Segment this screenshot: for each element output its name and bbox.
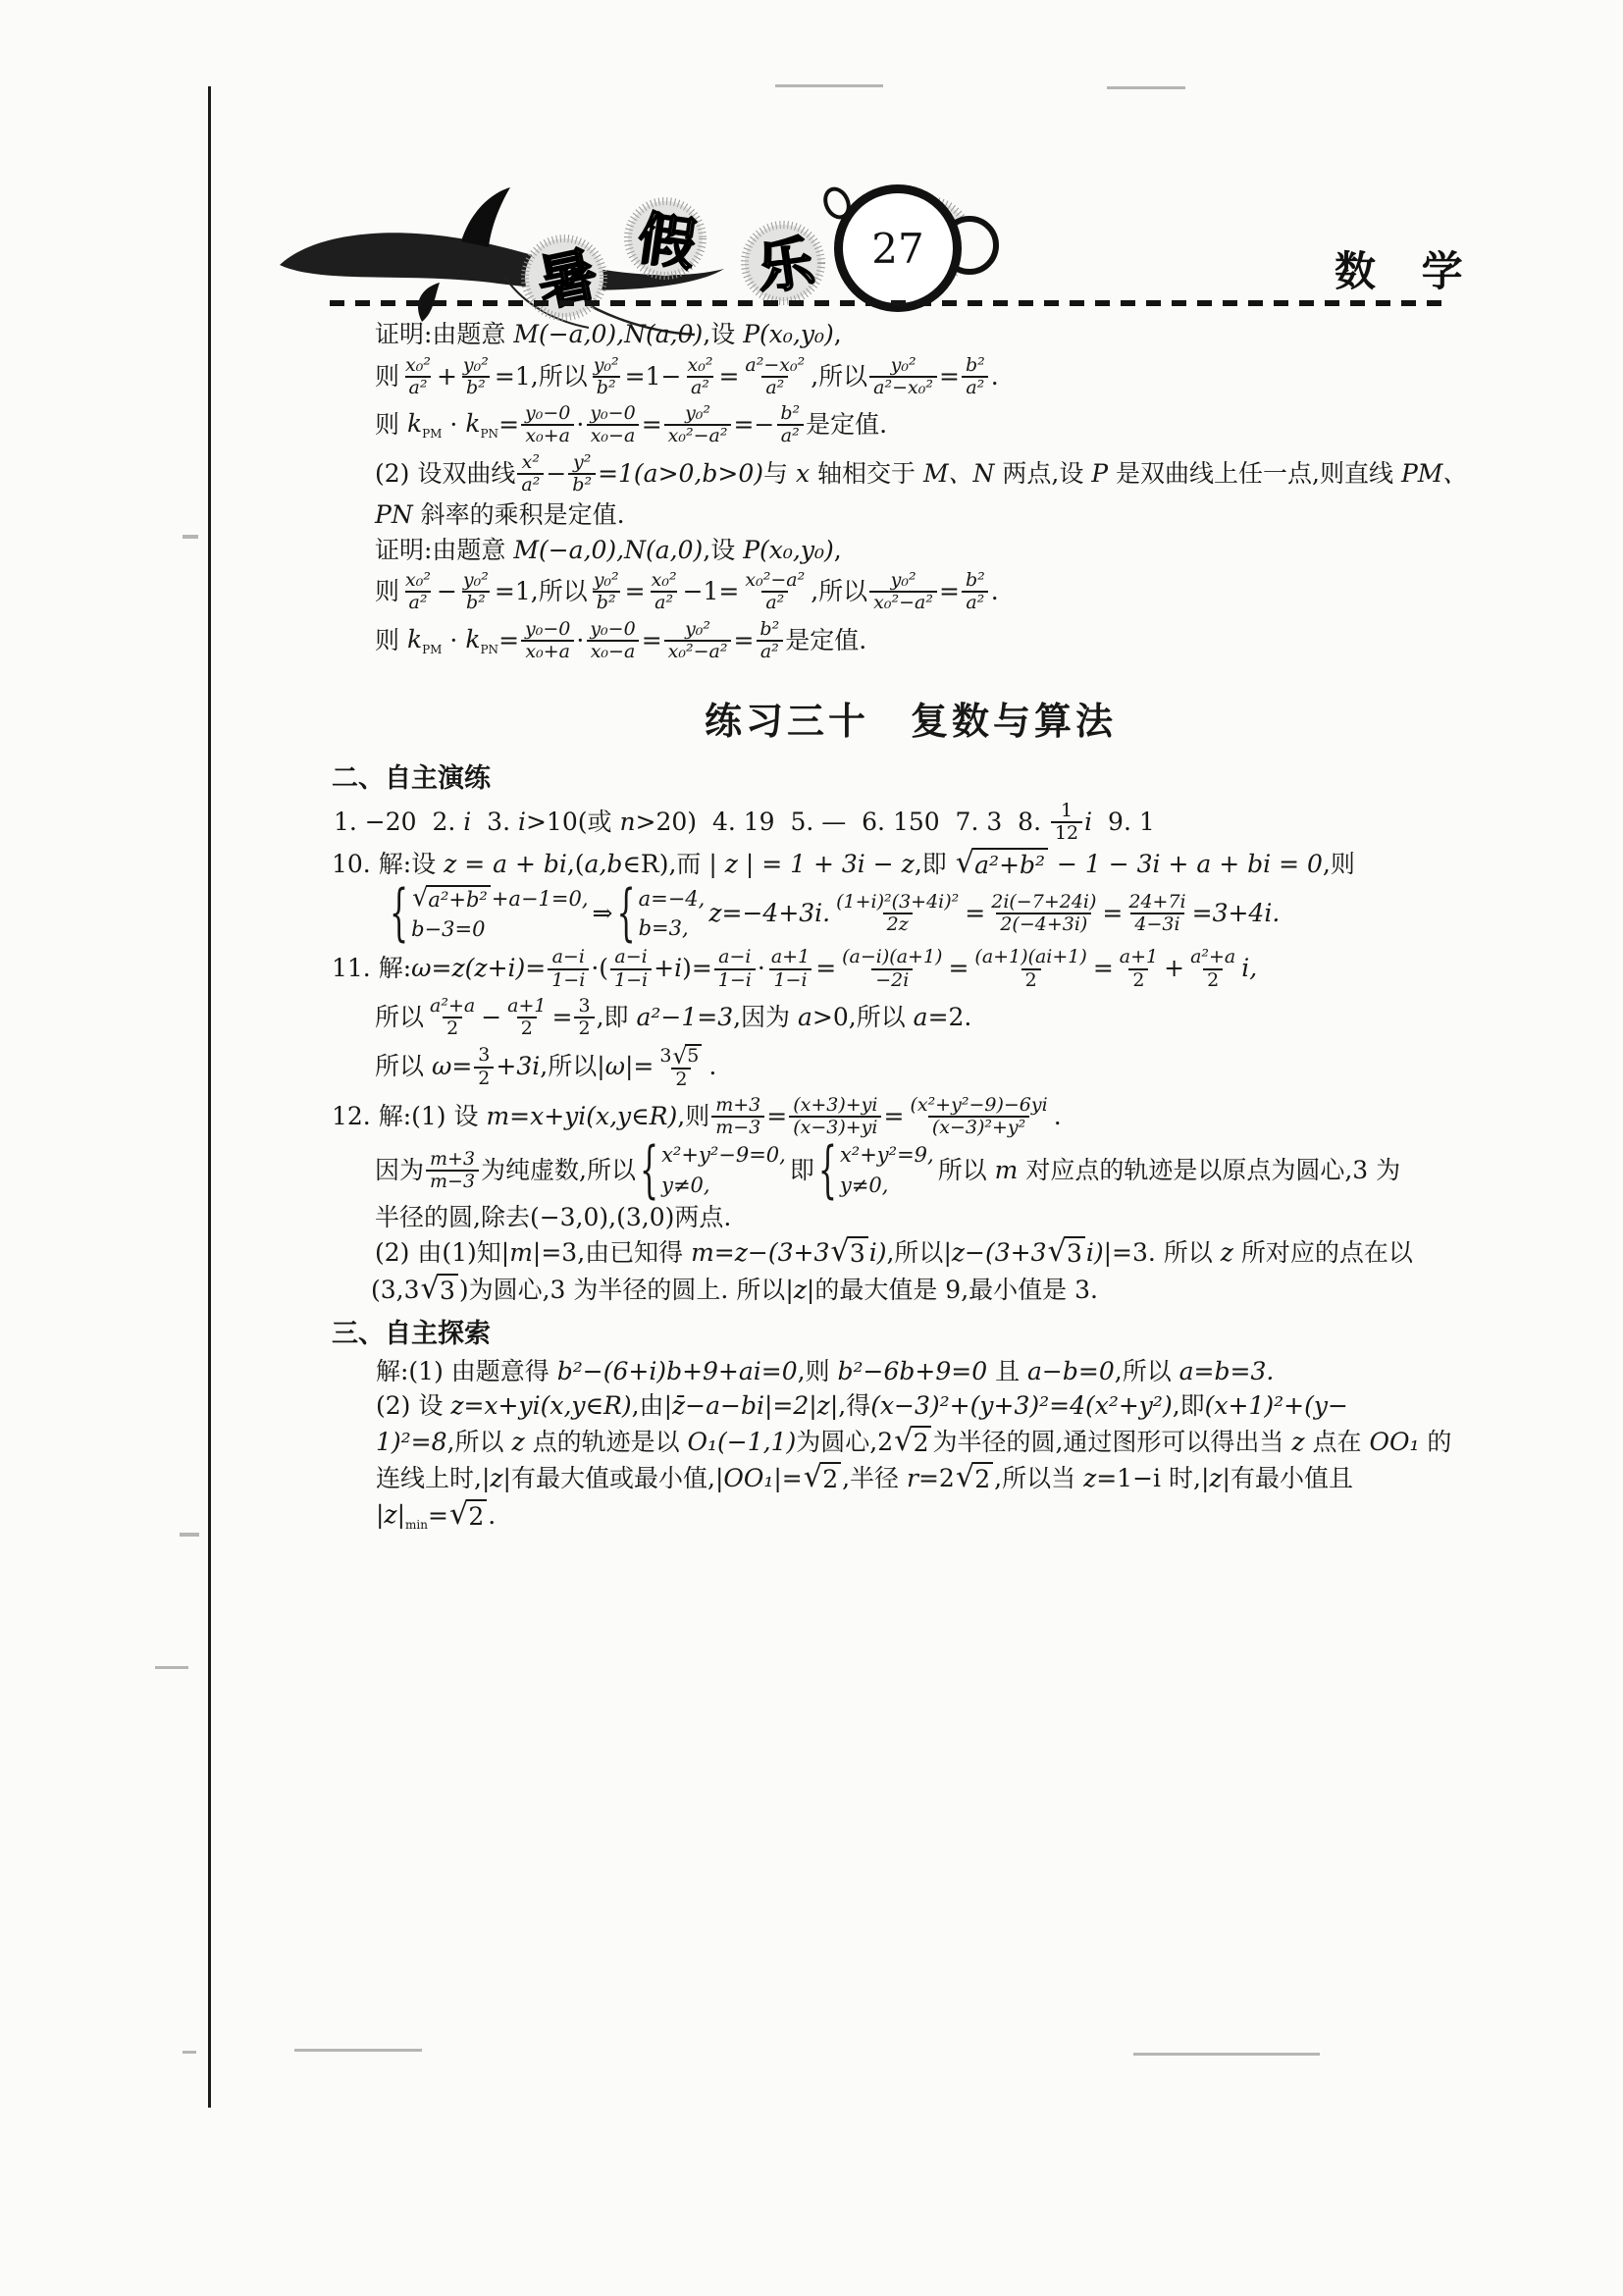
subscript: PN (480, 643, 498, 656)
fraction: a+12 (503, 996, 550, 1040)
text: 半径的圆,除去(−3,0),(3,0)两点. (375, 1202, 731, 1234)
text: >20) 4. 19 5. — 6. 150 7. 3 8. (636, 807, 1049, 839)
math-text: a (798, 1002, 812, 1034)
text: = (428, 1500, 448, 1533)
text: ,所以 (540, 1051, 597, 1083)
math-text: m−3 (715, 1118, 760, 1138)
fraction-denominator: b² (568, 473, 596, 496)
math-text: a² (691, 378, 709, 398)
text: 即 (790, 1155, 814, 1187)
math-text: 1−i (773, 970, 807, 991)
text: = (498, 409, 519, 442)
text: − (546, 458, 566, 491)
math-text: x (796, 458, 810, 491)
fraction: x₀²a² (401, 355, 435, 399)
brace-cases: {x²+y²=9,y≠0, (818, 1142, 934, 1199)
logo-char-le: 乐 (753, 229, 819, 303)
fraction-denominator: 2 (1203, 968, 1223, 991)
text: · (576, 409, 584, 442)
text-line: 因为m+3m−3为纯虚数,所以{x²+y²−9=0,y≠0,即{x²+y²=9,… (332, 1142, 1490, 1199)
text: 证明:由题意 (375, 535, 513, 567)
text: ,所以 (447, 1427, 512, 1459)
text: = (939, 361, 960, 393)
cases-row: √a²+b²+a−1=0, (411, 885, 588, 913)
fraction-numerator: y₀² (887, 570, 920, 591)
text: ,所以 (1115, 1356, 1179, 1388)
fraction: x₀²a² (683, 355, 716, 399)
math-text: a−b=0 (1027, 1356, 1115, 1388)
fraction-denominator: 2 (517, 1017, 537, 1039)
text: 因为 (375, 1155, 424, 1187)
text: 2 (1207, 970, 1219, 991)
math-text: b² (572, 475, 592, 496)
cases-row: x²+y²=9, (840, 1142, 934, 1169)
fraction: a−i1−i (548, 947, 589, 991)
text: = (718, 361, 739, 393)
text: 3 (478, 1045, 490, 1066)
fraction-numerator: a²−x₀² (741, 355, 809, 376)
fraction-denominator: a² (405, 591, 432, 613)
fraction-denominator: a² (761, 376, 788, 398)
text: 两点,设 (994, 458, 1091, 491)
square-root: √3 (421, 1274, 458, 1308)
text-line: |z|min=√2. (332, 1499, 1490, 1534)
text: 9. 1 (1092, 807, 1155, 839)
math-text: P (1091, 458, 1108, 491)
text: + (1164, 953, 1184, 985)
math-text: a² (765, 593, 784, 613)
brace-icon: { (818, 1130, 837, 1211)
square-root: √2 (449, 1499, 487, 1534)
text: 所对应的点在以 (1233, 1237, 1413, 1270)
math-text: a−i (718, 947, 751, 967)
subscript: PM (422, 427, 442, 441)
text: =3. 所以 (1112, 1237, 1221, 1270)
text: (2) 设 (376, 1390, 450, 1423)
fraction-numerator: 3 (574, 996, 594, 1017)
text: 2 (1025, 970, 1037, 991)
fraction-denominator: b² (593, 591, 620, 613)
math-text: y₀−0 (525, 619, 570, 640)
fraction: a²+a2 (426, 996, 479, 1040)
math-text: +i (654, 953, 682, 985)
fraction: a−i1−i (714, 947, 756, 991)
text: − (437, 576, 457, 608)
radical-sign: √ (956, 849, 974, 879)
fraction-denominator: a² (405, 376, 432, 398)
math-text: m=z−(3+3 (691, 1237, 829, 1270)
math-text: |z| (785, 1275, 814, 1307)
math-text: ω= (432, 1051, 472, 1083)
text: 的最大值是 9,最小值是 3. (814, 1275, 1098, 1307)
fraction-denominator: a² (962, 591, 988, 613)
page-edge-line (208, 86, 211, 2108)
radicand: a²+b² (972, 848, 1048, 882)
math-text: i) (869, 1237, 887, 1270)
fraction: (a+1)(ai+1)2 (970, 947, 1090, 991)
fraction: (1+i)²(3+4i)²2z (832, 892, 963, 936)
math-text: x₀+a (525, 426, 570, 446)
text-line: 则x₀²a²+y₀²b²=1,所以y₀²b²=1−x₀²a²=a²−x₀²a²,… (332, 354, 1490, 400)
text: 有最小值且 (1230, 1463, 1353, 1495)
fraction-denominator: −2i (871, 968, 913, 991)
text: ,因为 (733, 1002, 798, 1034)
math-text: y₀² (463, 355, 489, 376)
fraction-denominator: x₀−a (587, 424, 640, 446)
radical-sign: √ (672, 1045, 687, 1068)
fraction: y₀²x₀²−a² (869, 570, 937, 614)
math-text: |z̄−a−bi|=2|z| (664, 1390, 839, 1423)
math-text: y₀² (891, 355, 916, 376)
text: 3 (850, 1238, 865, 1271)
text: 2 (1132, 970, 1144, 991)
brace-cases: {√a²+b²+a−1=0,b−3=0 (390, 885, 589, 944)
text: 则 (375, 361, 399, 393)
subscripted-symbol: kPM (407, 624, 443, 658)
math-text: y₀² (463, 570, 489, 591)
text: . (991, 576, 999, 608)
text: ∈R),而 (622, 849, 708, 881)
text: ,即 (1173, 1390, 1205, 1423)
math-text: M(−a,0),N(a,0) (513, 535, 703, 567)
text-line: 连线上时,|z|有最大值或最小值,|OO₁|=√2,半径 r=2√2,所以当 z… (332, 1462, 1490, 1496)
math-text: z = a + bi (444, 849, 567, 881)
text: 2 (478, 1069, 490, 1089)
scan-artifact (183, 2051, 196, 2054)
text: · (442, 409, 465, 442)
math-text: |m| (501, 1237, 542, 1270)
math-text: z=x+yi(x,y∈R) (450, 1390, 631, 1423)
page-number-badge: 27 (834, 184, 962, 312)
math-text: m+3 (430, 1149, 475, 1170)
math-text: − 1 − 3i + a + bi = 0 (1049, 849, 1323, 881)
math-text: PN (375, 499, 413, 532)
radicand: 2 (820, 1462, 841, 1496)
text: = (965, 898, 985, 930)
fraction-numerator: y₀² (681, 619, 714, 640)
math-text: 2i(−7+24i) (991, 892, 1096, 913)
math-text: a²−x₀² (745, 355, 805, 376)
fraction: 112 (1051, 801, 1082, 845)
text: = (625, 576, 646, 608)
text: =1,所以 (495, 576, 588, 608)
fraction-numerator: 1 (1057, 801, 1076, 821)
radicand: 3 (848, 1236, 868, 1271)
text: 连线上时, (376, 1463, 482, 1495)
math-text: b² (966, 570, 985, 591)
math-text: =3+4i. (1192, 898, 1281, 930)
page-number: 27 (871, 225, 923, 273)
brace-icon: { (617, 874, 636, 955)
math-text: m=x+yi(x,y∈R) (486, 1101, 677, 1133)
text: = (766, 1101, 787, 1133)
fraction: (x²+y²−9)−6yi(x−3)²+y² (906, 1095, 1051, 1139)
fraction: (a−i)(a+1)−2i (838, 947, 946, 991)
math-text: z (1291, 1427, 1304, 1459)
radicand: 3 (1065, 1236, 1085, 1271)
cases-row: b−3=0 (411, 916, 588, 943)
text: 1 (1061, 801, 1073, 821)
brace-icon: { (390, 874, 408, 955)
fraction: m+3m−3 (711, 1095, 764, 1139)
text: >0,所以 (812, 1002, 914, 1034)
math-text: y₀² (594, 355, 619, 376)
text: = (815, 953, 836, 985)
math-text: m+3 (715, 1095, 760, 1116)
text: =2. (928, 1002, 972, 1034)
fraction-numerator: y₀² (590, 355, 623, 376)
text: ,设 (703, 319, 743, 351)
math-text: a (914, 1002, 928, 1034)
text: + (437, 361, 457, 393)
math-text: i)| (1086, 1237, 1112, 1270)
math-text: x₀−a (591, 426, 636, 446)
math-text: ω=z(z+i)= (411, 953, 546, 985)
math-text: a²+a (1190, 947, 1235, 967)
text-line: 半径的圆,除去(−3,0),(3,0)两点. (332, 1202, 1490, 1234)
fraction-numerator: (a−i)(a+1) (838, 947, 946, 967)
math-text: a² (781, 426, 800, 446)
text: =3,由已知得 (541, 1237, 691, 1270)
text: 2 (446, 1018, 458, 1039)
text: 的 (1419, 1427, 1451, 1459)
fraction-numerator: 24+7i (1125, 892, 1189, 913)
fraction-denominator: x₀²−a² (664, 640, 732, 662)
math-text: PM、 (1401, 458, 1467, 491)
text: , (834, 535, 842, 567)
math-text: i (463, 807, 471, 839)
fraction-denominator: a² (517, 473, 544, 496)
text: =2 (918, 1463, 955, 1495)
math-text: i (518, 807, 526, 839)
fraction: x²a² (517, 452, 544, 496)
text: 所以 (938, 1155, 995, 1187)
square-root: √3 (830, 1236, 867, 1271)
scan-artifact (155, 1666, 188, 1669)
fraction-numerator: a+1 (767, 947, 813, 967)
math-text: b² (966, 355, 985, 376)
math-text: y₀−0 (590, 619, 635, 640)
math-text: x₀²−a² (873, 593, 933, 613)
math-text: y₀² (891, 570, 916, 591)
fraction-numerator: b² (776, 403, 804, 424)
fraction: b²a² (962, 570, 989, 614)
text: 则 (375, 625, 407, 657)
fraction-numerator: 2i(−7+24i) (987, 892, 1100, 913)
text: 有最大值或最小值, (511, 1463, 715, 1495)
radical-sign: √ (956, 1463, 974, 1493)
text: −1= (683, 576, 740, 608)
text: 12. 解:(1) 设 (332, 1101, 486, 1133)
scan-artifact (775, 84, 883, 87)
fraction: a+11−i (767, 947, 813, 991)
text: = (692, 953, 712, 985)
fraction: 3√52 (655, 1044, 707, 1090)
fraction: y₀−0x₀+a (521, 619, 574, 663)
math-text: y₀−0 (525, 403, 570, 424)
math-text: (a+1)(ai+1) (974, 947, 1086, 967)
math-text: +3i (496, 1051, 540, 1083)
text-line: 证明:由题意 M(−a,0),N(a,0),设 P(x₀,y₀), (332, 319, 1490, 351)
text: (2) 由(1)知 (375, 1237, 501, 1270)
math-text: z (1083, 1463, 1096, 1495)
cases-rows: √a²+b²+a−1=0,b−3=0 (411, 885, 588, 944)
text: 解:(1) 由题意得 (376, 1356, 557, 1388)
text: = (642, 409, 662, 442)
fraction: x₀²a² (648, 570, 681, 614)
text: ,由 (632, 1390, 664, 1423)
math-text: 1)²=8 (376, 1427, 447, 1459)
section-heading: 二、自主演练 (332, 761, 1490, 796)
math-text: a²+b² (428, 887, 487, 913)
fraction-numerator: a²+a (1186, 947, 1239, 967)
fraction-numerator: a+1 (1116, 947, 1162, 967)
document-content: 证明:由题意 M(−a,0),N(a,0),设 P(x₀,y₀),则x₀²a²+… (332, 316, 1490, 1536)
text-line: 证明:由题意 M(−a,0),N(a,0),设 P(x₀,y₀), (332, 535, 1490, 567)
fraction: y₀²x₀²−a² (664, 403, 732, 447)
math-text: b²−(6+i)b+9+ai=0 (557, 1356, 798, 1388)
fraction-denominator: 2 (1128, 968, 1148, 991)
text-line: 所以 ω=32+3i,所以|ω|=3√52. (332, 1043, 1490, 1091)
math-text: |OO₁|= (715, 1463, 803, 1495)
text: >10(或 (526, 807, 619, 839)
cases-rows: x²+y²=9,y≠0, (840, 1142, 934, 1199)
text: ,即 (915, 849, 955, 881)
text-line: 解:(1) 由题意得 b²−(6+i)b+9+ai=0,则 b²−6b+9=0 … (332, 1356, 1490, 1388)
cases-rows: a=−4,b=3, (639, 886, 706, 943)
math-text: M(−a,0),N(a,0) (513, 319, 703, 351)
fraction-numerator: y₀−0 (521, 619, 574, 640)
math-text: b² (597, 378, 616, 398)
fraction: 2i(−7+24i)2(−4+3i) (987, 892, 1100, 936)
text: =− (733, 409, 774, 442)
cases-row: y≠0, (661, 1173, 786, 1199)
text: · (576, 625, 584, 657)
fraction-numerator: y₀² (459, 570, 493, 591)
brace-cases: {a=−4,b=3, (617, 886, 706, 943)
text: 所以 (375, 1002, 424, 1034)
math-text: a−i (552, 947, 585, 967)
radicand: 2 (972, 1462, 993, 1496)
radicand: 3 (438, 1274, 458, 1308)
fraction-denominator: a² (757, 640, 783, 662)
fraction: y₀−0x₀−a (586, 619, 639, 663)
scan-artifact (1133, 2053, 1320, 2056)
brace-cases: {x²+y²−9=0,y≠0, (640, 1142, 786, 1199)
radical-sign: √ (421, 1275, 440, 1305)
math-text: a²+b² (974, 850, 1045, 882)
subscript: PN (480, 427, 498, 441)
fraction-denominator: a² (687, 376, 713, 398)
math-text: a=−4, (639, 886, 706, 913)
text: = (883, 1101, 904, 1133)
math-text: a²−1=3 (636, 1002, 733, 1034)
dashed-divider (330, 300, 1448, 306)
math-text: OO₁ (1369, 1427, 1419, 1459)
text-line: 10. 解:设 z = a + bi,(a,b∈R),而 | z | = 1 +… (332, 848, 1490, 882)
math-text: a²−x₀² (873, 378, 933, 398)
fraction-numerator: x₀² (648, 570, 681, 591)
text: (3,3 (371, 1275, 420, 1307)
fraction-denominator: 4−3i (1130, 913, 1183, 935)
fraction-denominator: a² (962, 376, 988, 398)
math-text: b² (597, 593, 616, 613)
math-text: x² (522, 452, 540, 473)
square-root: √2 (894, 1426, 931, 1460)
text: 2 (974, 1464, 990, 1496)
cases-row: b=3, (639, 915, 706, 942)
text: 2 (822, 1464, 838, 1496)
text: 轴相交于 (810, 458, 923, 491)
fraction-numerator: b² (962, 355, 989, 376)
math-text: x₀² (405, 570, 431, 591)
radicand: 2 (912, 1426, 932, 1460)
section-heading: 三、自主探索 (332, 1317, 1490, 1351)
logo-brush-comma (461, 187, 510, 247)
fraction-denominator: b² (462, 591, 490, 613)
text-line: 则 kPM · kPN=y₀−0x₀+a·y₀−0x₀−a=y₀²x₀²−a²=… (332, 618, 1490, 664)
text: ,( (567, 849, 585, 881)
subscripted-symbol: kPN (465, 624, 498, 658)
text-line: (2) 由(1)知|m|=3,由已知得 m=z−(3+3√3i),所以|z−(3… (332, 1236, 1490, 1271)
square-root: √2 (956, 1462, 993, 1496)
math-text: x₀²−a² (745, 570, 805, 591)
fraction-denominator: b² (593, 376, 620, 398)
fraction-numerator: x₀² (401, 355, 435, 376)
math-text: x²+y²−9=0, (661, 1142, 786, 1169)
math-text: (x−3)²+y² (932, 1118, 1025, 1138)
text: )为圆心,3 为半径的圆上. 所以 (459, 1275, 785, 1307)
text: (2) 设双曲线 (375, 458, 515, 491)
text-line: (2) 设双曲线x²a²−y²b²=1(a>0,b>0)与 x 轴相交于 M、N… (332, 451, 1490, 497)
fraction-denominator: x₀²−a² (869, 591, 937, 613)
text: ,所以 (811, 361, 867, 393)
square-root: √5 (672, 1044, 702, 1067)
scan-artifact (180, 1533, 199, 1537)
text: 则 (375, 576, 399, 608)
text: . (991, 361, 999, 393)
text: = (1093, 953, 1114, 985)
math-text: z (1221, 1237, 1233, 1270)
fraction: a²−x₀²a² (741, 355, 809, 399)
fraction-numerator: (a+1)(ai+1) (970, 947, 1090, 967)
fraction-numerator: a−i (714, 947, 755, 967)
subscripted-symbol: kPN (465, 408, 498, 443)
text: 2 (914, 1428, 929, 1460)
fraction: y₀²b² (459, 355, 493, 399)
fraction-denominator: a² (651, 591, 677, 613)
scan-artifact (1107, 86, 1185, 89)
cases-rows: x²+y²−9=0,y≠0, (661, 1142, 786, 1199)
fraction-numerator: 3 (474, 1045, 494, 1066)
text: = (552, 1002, 573, 1034)
math-text: m (995, 1155, 1019, 1187)
fraction: 32 (474, 1045, 494, 1089)
fraction-numerator: (1+i)²(3+4i)² (832, 892, 963, 913)
text: ,半径 (842, 1463, 907, 1495)
fraction: y₀²b² (459, 570, 493, 614)
text: 10. 解:设 (332, 849, 444, 881)
math-text: P(x₀,y₀) (743, 535, 834, 567)
text-line: (3,3√3)为圆心,3 为半径的圆上. 所以|z|的最大值是 9,最小值是 3… (332, 1274, 1490, 1308)
math-text: O₁(−1,1) (688, 1427, 797, 1459)
math-text: z (511, 1427, 524, 1459)
math-text: i, (1241, 953, 1257, 985)
text: 为纯虚数,所以 (481, 1155, 636, 1187)
radical-sign: √ (449, 1500, 468, 1531)
fraction-numerator: x₀²−a² (741, 570, 809, 591)
math-text: b=3, (639, 915, 689, 942)
